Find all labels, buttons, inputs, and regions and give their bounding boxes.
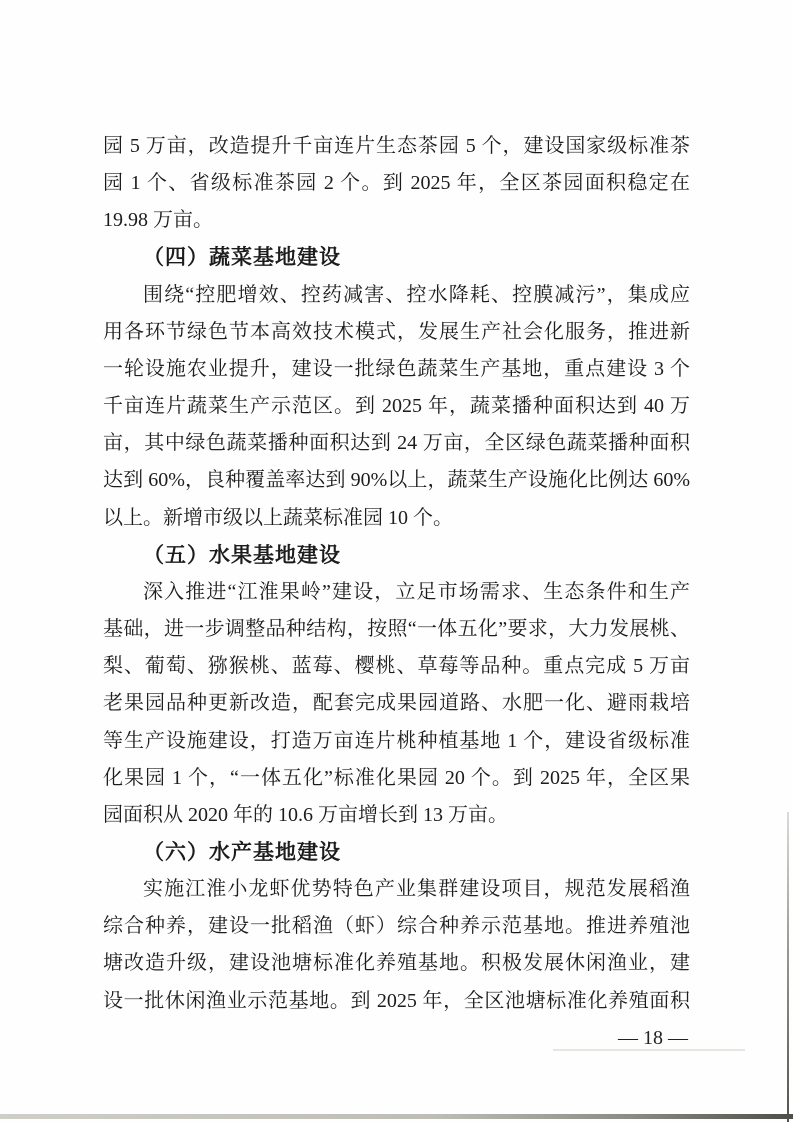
text-line: 塘改造升级，建设池塘标准化养殖基地。积极发展休闲渔业，建 bbox=[103, 945, 690, 982]
footer-faint-line bbox=[553, 1049, 745, 1051]
text-line: 围绕“控肥增效、控药减害、控水降耗、控膜减污”，集成应 bbox=[103, 277, 690, 314]
text-line: 千亩连片蔬菜生产示范区。到 2025 年，蔬菜播种面积达到 40 万 bbox=[103, 388, 690, 425]
scan-edge-bottom bbox=[0, 1114, 793, 1119]
text-line: 亩，其中绿色蔬菜播种面积达到 24 万亩，全区绿色蔬菜播种面积 bbox=[103, 425, 690, 462]
section-heading: （五）水果基地建设 bbox=[103, 537, 690, 574]
text-line: 设一批休闲渔业示范基地。到 2025 年，全区池塘标准化养殖面积 bbox=[103, 983, 690, 1020]
document-page: 园 5 万亩，改造提升千亩连片生态茶园 5 个，建设国家级标准茶园 1 个、省级… bbox=[0, 0, 793, 1122]
text-line: 老果园品种更新改造，配套完成果园道路、水肥一化、避雨栽培 bbox=[103, 685, 690, 722]
page-number: — 18 — bbox=[618, 1026, 688, 1050]
text-line: 深入推进“江淮果岭”建设，立足市场需求、生态条件和生产 bbox=[103, 574, 690, 611]
text-line: 实施江淮小龙虾优势特色产业集群建设项目，规范发展稻渔 bbox=[103, 871, 690, 908]
text-line: 园 1 个、省级标准茶园 2 个。到 2025 年，全区茶园面积稳定在 bbox=[103, 165, 690, 202]
text-line: 19.98 万亩。 bbox=[103, 202, 690, 239]
text-line: 以上。新增市级以上蔬菜标准园 10 个。 bbox=[103, 500, 690, 537]
text-line: 园面积从 2020 年的 10.6 万亩增长到 13 万亩。 bbox=[103, 797, 690, 834]
text-line: 等生产设施建设，打造万亩连片桃种植基地 1 个，建设省级标准 bbox=[103, 723, 690, 760]
text-line: 一轮设施农业提升，建设一批绿色蔬菜生产基地，重点建设 3 个 bbox=[103, 351, 690, 388]
text-line: 园 5 万亩，改造提升千亩连片生态茶园 5 个，建设国家级标准茶 bbox=[103, 128, 690, 165]
section-heading: （六）水产基地建设 bbox=[103, 834, 690, 871]
scan-edge-right bbox=[787, 812, 789, 1122]
text-line: 化果园 1 个，“一体五化”标准化果园 20 个。到 2025 年，全区果 bbox=[103, 760, 690, 797]
text-line: 梨、葡萄、猕猴桃、蓝莓、樱桃、草莓等品种。重点完成 5 万亩 bbox=[103, 648, 690, 685]
text-line: 用各环节绿色节本高效技术模式，发展生产社会化服务，推进新 bbox=[103, 314, 690, 351]
section-heading: （四）蔬菜基地建设 bbox=[103, 239, 690, 276]
text-column: 园 5 万亩，改造提升千亩连片生态茶园 5 个，建设国家级标准茶园 1 个、省级… bbox=[103, 128, 690, 1020]
text-line: 基础，进一步调整品种结构，按照“一体五化”要求，大力发展桃、 bbox=[103, 611, 690, 648]
text-line: 达到 60%，良种覆盖率达到 90%以上，蔬菜生产设施化比例达 60% bbox=[103, 462, 690, 499]
text-line: 综合种养，建设一批稻渔（虾）综合种养示范基地。推进养殖池 bbox=[103, 908, 690, 945]
